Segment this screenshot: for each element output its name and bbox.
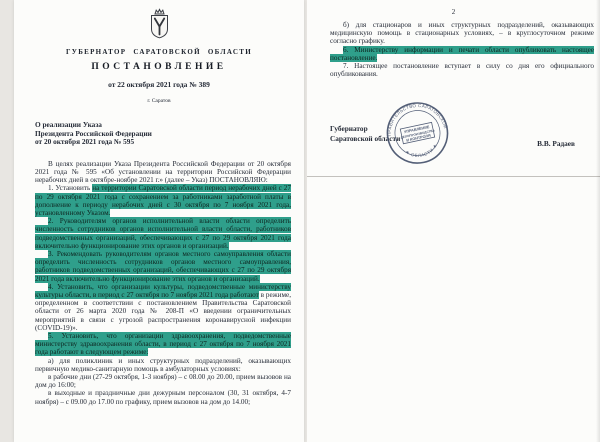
document-city: г. Саратов bbox=[14, 98, 304, 104]
body-text: 1. Установить bbox=[48, 184, 92, 192]
paragraph: 5. Установить, что организации здравоохр… bbox=[35, 332, 291, 357]
page-number: 2 bbox=[307, 8, 600, 16]
body-text: б) для стационаров и иных структурных по… bbox=[330, 21, 594, 45]
highlighted-text: 2. Руководителям органов исполнительной … bbox=[35, 217, 291, 250]
highlighted-text: 5. Установить, что организации здравоохр… bbox=[35, 332, 291, 356]
paragraph: 6. Министерству информации и печати обла… bbox=[330, 46, 594, 62]
highlighted-text: 6. Министерству информации и печати обла… bbox=[330, 46, 594, 62]
highlighted-text: 3. Рекомендовать руководителям органов м… bbox=[35, 250, 291, 283]
paragraph: в выходные и праздничные дни дежурным пе… bbox=[35, 389, 291, 405]
paragraph: в рабочие дни (27-29 октября, 1-3 ноября… bbox=[35, 373, 291, 389]
document-type-heading: ПОСТАНОВЛЕНИЕ bbox=[14, 62, 304, 72]
document-title: О реализации Указа Президента Российской… bbox=[35, 121, 291, 147]
paragraph: 2. Руководителям органов исполнительной … bbox=[35, 217, 291, 250]
body-text: а) для поликлиник и иных структурных под… bbox=[35, 357, 291, 373]
document-scan: { "colors": { "highlight": "#2f9f8b", "p… bbox=[0, 0, 600, 442]
document-body-page-2: б) для стационаров и иных структурных по… bbox=[330, 21, 594, 78]
title-line: от 20 октября 2021 года № 595 bbox=[35, 138, 291, 147]
body-text: 7. Настоящее постановление вступает в си… bbox=[330, 62, 594, 78]
document-date-number: от 22 октября 2021 года № 389 bbox=[14, 80, 304, 89]
document-page-2: 2 б) для стационаров и иных структурных … bbox=[307, 0, 600, 442]
document-page-1: ГУБЕРНАТОР САРАТОВСКОЙ ОБЛАСТИ ПОСТАНОВЛ… bbox=[14, 0, 304, 442]
official-stamp: ПРАВИТЕЛЬСТВО САРАТОВСКОЙ ★ ОБЛАСТИ ★ УП… bbox=[378, 94, 457, 177]
paragraph: 3. Рекомендовать руководителям органов м… bbox=[35, 250, 291, 283]
paragraph: а) для поликлиник и иных структурных под… bbox=[35, 357, 291, 373]
scan-crease bbox=[596, 0, 600, 442]
document-body-page-1: В целях реализации Указа Президента Росс… bbox=[35, 160, 291, 406]
highlighted-text: 4. Установить, что организации культуры,… bbox=[35, 283, 291, 299]
body-text: в рабочие дни (27-29 октября, 1-3 ноября… bbox=[35, 373, 291, 389]
paragraph: 7. Настоящее постановление вступает в си… bbox=[330, 62, 594, 78]
signature-name: В.В. Радаев bbox=[537, 139, 575, 148]
body-text: в выходные и праздничные дни дежурным пе… bbox=[35, 389, 291, 405]
paragraph: б) для стационаров и иных структурных по… bbox=[330, 21, 594, 46]
coat-of-arms-icon bbox=[14, 8, 304, 39]
paragraph: 1. Установить на территории Саратовской … bbox=[35, 184, 291, 217]
page-edge-line bbox=[307, 176, 600, 177]
paragraph: В целях реализации Указа Президента Росс… bbox=[35, 160, 291, 185]
org-name: ГУБЕРНАТОР САРАТОВСКОЙ ОБЛАСТИ bbox=[14, 48, 304, 56]
paragraph: 4. Установить, что организации культуры,… bbox=[35, 283, 291, 332]
body-text: В целях реализации Указа Президента Росс… bbox=[35, 160, 291, 184]
